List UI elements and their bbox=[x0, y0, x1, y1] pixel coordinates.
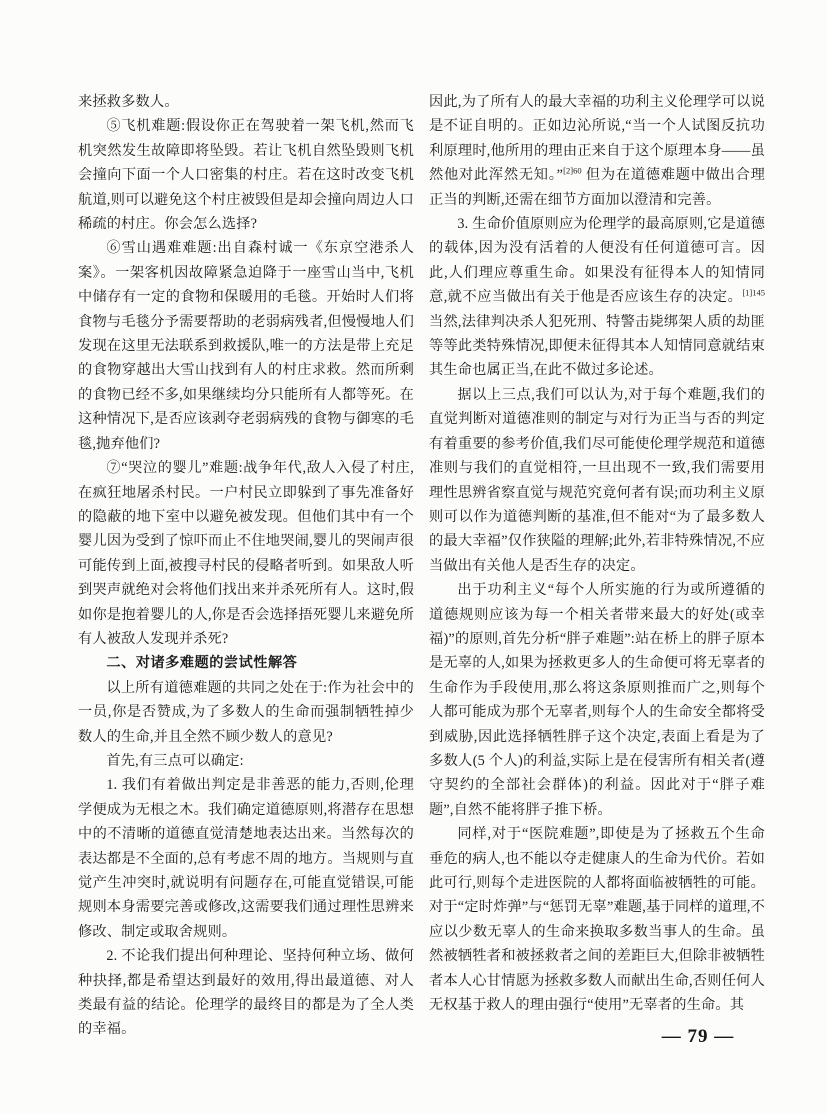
paragraph: 出于功利主义“每个人所实施的行为或所遵循的道德规则应该为每一个相关者带来最大的好… bbox=[429, 578, 765, 822]
paragraph: 2. 不论我们提出何种理论、坚持何种立场、做何种抉择,都是希望达到最好的效用,得… bbox=[78, 944, 414, 1042]
paragraph: 以上所有道德难题的共同之处在于:作为社会中的一员,你是否赞成,为了多数人的生命而… bbox=[78, 676, 414, 749]
left-column: 来拯救多数人。⑤飞机难题:假设你正在驾驶着一架飞机,然而飞机突然发生故障即将坠毁… bbox=[78, 90, 414, 1042]
text-columns: 来拯救多数人。⑤飞机难题:假设你正在驾驶着一架飞机,然而飞机突然发生故障即将坠毁… bbox=[78, 90, 765, 1042]
paragraph: 因此,为了所有人的最大幸福的功利主义伦理学可以说是不证自明的。正如边沁所说,“当… bbox=[429, 90, 765, 212]
paragraph: ⑥雪山遇难难题:出自森村诚一《东京空港杀人案》。一架客机因故障紧急迫降于一座雪山… bbox=[78, 236, 414, 456]
page-number: — 79 — bbox=[648, 1026, 748, 1048]
right-column: 因此,为了所有人的最大幸福的功利主义伦理学可以说是不证自明的。正如边沁所说,“当… bbox=[429, 90, 765, 1042]
paragraph: 同样,对于“医院难题”,即使是为了拯救五个生命垂危的病人,也不能以夺走健康人的生… bbox=[429, 822, 765, 1017]
paragraph: ⑤飞机难题:假设你正在驾驶着一架飞机,然而飞机突然发生故障即将坠毁。若让飞机自然… bbox=[78, 114, 414, 236]
citation-superscript: [2]60 bbox=[563, 165, 581, 175]
citation-superscript: [1]145 bbox=[742, 288, 765, 298]
paragraph: 来拯救多数人。 bbox=[78, 90, 414, 114]
paragraph: 3. 生命价值原则应为伦理学的最高原则,它是道德的载体,因为没有活着的人便没有任… bbox=[429, 212, 765, 383]
paragraph: 据以上三点,我们可以认为,对于每个难题,我们的直觉判断对道德准则的制定与对行为正… bbox=[429, 383, 765, 578]
paragraph: ⑦“哭泣的婴儿”难题:战争年代,敌人入侵了村庄,在疯狂地屠杀村民。一户村民立即躲… bbox=[78, 456, 414, 651]
paragraph: 1. 我们有着做出判定是非善恶的能力,否则,伦理学便成为无根之木。我们确定道德原… bbox=[78, 773, 414, 944]
section-heading: 二、对诸多难题的尝试性解答 bbox=[78, 651, 414, 675]
paragraph: 首先,有三点可以确定: bbox=[78, 749, 414, 773]
document-page: 来拯救多数人。⑤飞机难题:假设你正在驾驶着一架飞机,然而飞机突然发生故障即将坠毁… bbox=[0, 0, 827, 1114]
